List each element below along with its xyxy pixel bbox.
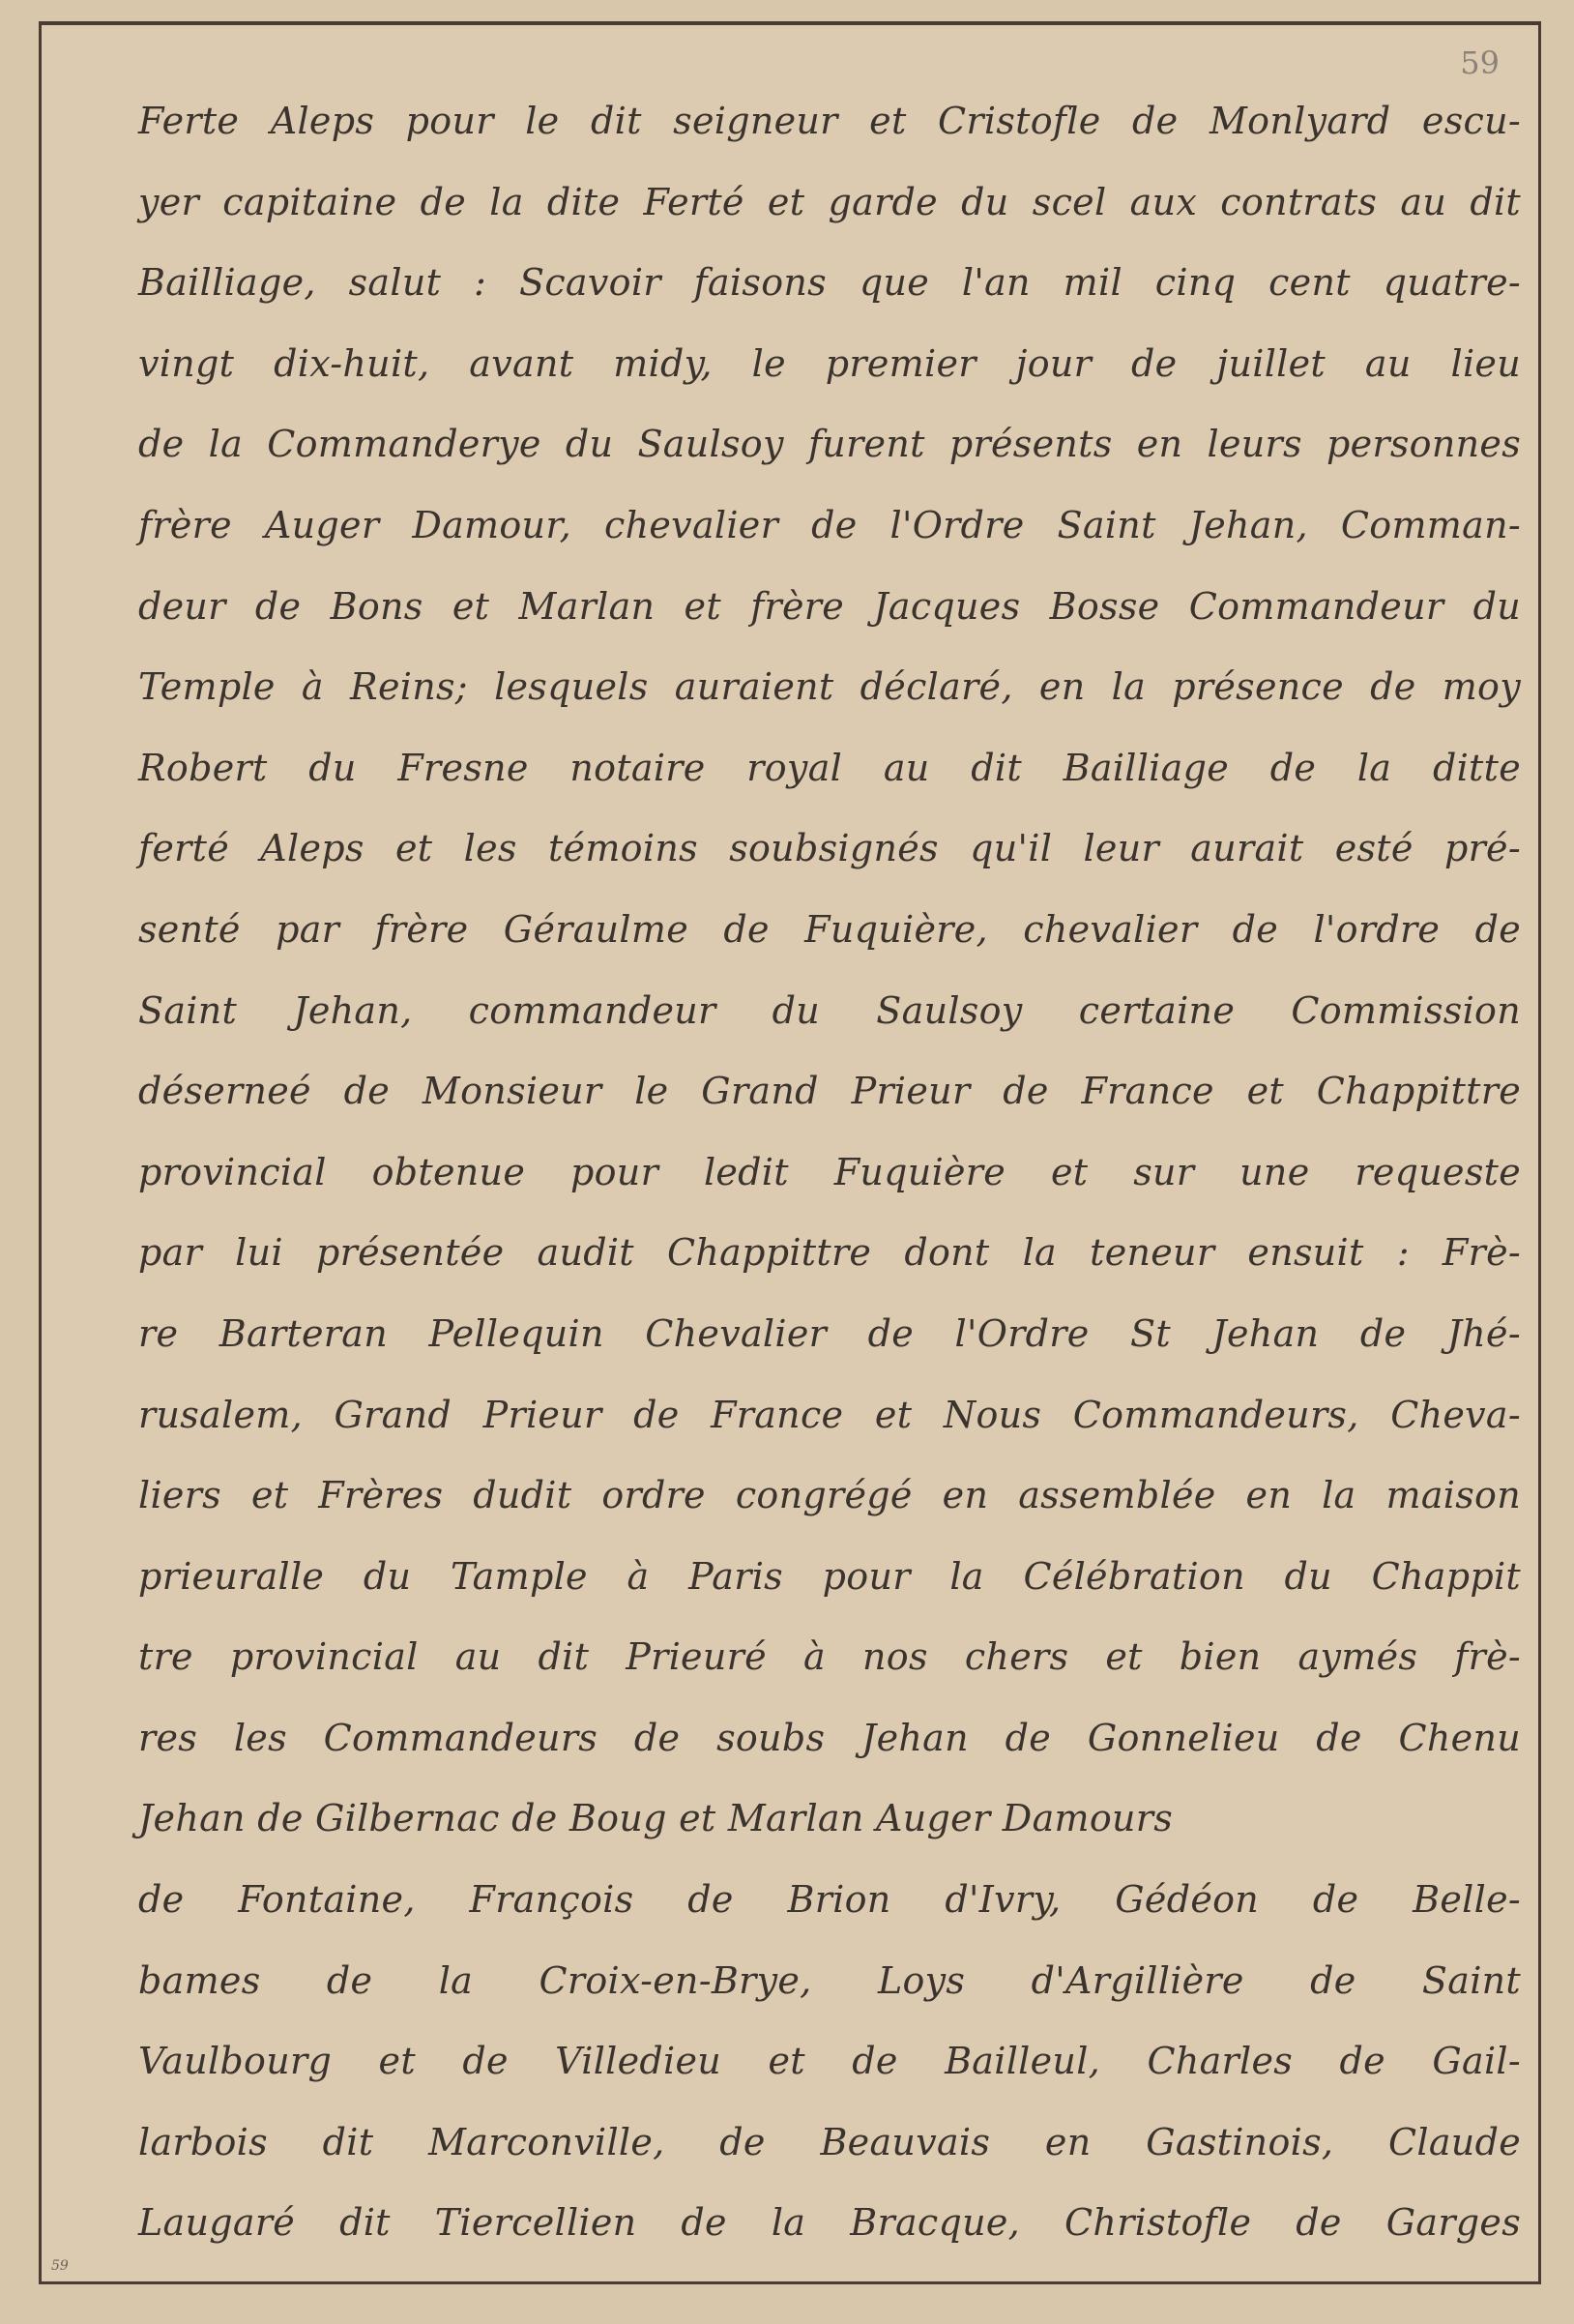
manuscript-line-27: Laugaré dit Tiercellien de la Bracque, C…: [138, 2183, 1521, 2264]
manuscript-line-21: res les Commandeurs de soubs Jehan de Go…: [138, 1698, 1521, 1780]
manuscript-line-19: prieuralle du Tample à Paris pour la Cél…: [138, 1537, 1521, 1618]
page-frame: 59 Ferte Aleps pour le dit seigneur et C…: [39, 21, 1541, 2284]
manuscript-line-9: Robert du Fresne notaire royal au dit Ba…: [138, 728, 1521, 809]
manuscript-line-23: de Fontaine, François de Brion d'Ivry, G…: [138, 1860, 1521, 1941]
manuscript-line-14: provincial obtenue pour ledit Fuquière e…: [138, 1133, 1521, 1214]
manuscript-line-5: de la Commanderye du Saulsoy furent prés…: [138, 404, 1521, 485]
manuscript-line-2: yer capitaine de la dite Ferté et garde …: [138, 162, 1521, 244]
manuscript-line-15: par lui présentée audit Chappittre dont …: [138, 1213, 1521, 1294]
manuscript-line-25: Vaulbourg et de Villedieu et de Bailleul…: [138, 2021, 1521, 2103]
manuscript-line-7: deur de Bons et Marlan et frère Jacques …: [138, 567, 1521, 648]
manuscript-line-1: Ferte Aleps pour le dit seigneur et Cris…: [138, 81, 1521, 162]
manuscript-line-8: Temple à Reins; lesquels auraient déclar…: [138, 647, 1521, 728]
manuscript-line-22: Jehan de Gilbernac de Boug et Marlan Aug…: [138, 1779, 1521, 1860]
manuscript-line-24: bames de la Croix-en-Brye, Loys d'Argill…: [138, 1941, 1521, 2022]
manuscript-line-18: liers et Frères dudit ordre congrégé en …: [138, 1456, 1521, 1537]
manuscript-line-13: déserneé de Monsieur le Grand Prieur de …: [138, 1051, 1521, 1133]
manuscript-line-11: senté par frère Géraulme de Fuquière, ch…: [138, 890, 1521, 971]
manuscript-line-6: frère Auger Damour, chevalier de l'Ordre…: [138, 485, 1521, 567]
manuscript-line-4: vingt dix-huit, avant midy, le premier j…: [138, 324, 1521, 405]
manuscript-line-10: ferté Aleps et les témoins soubsignés qu…: [138, 809, 1521, 890]
manuscript-line-26: larbois dit Marconville, de Beauvais en …: [138, 2103, 1521, 2184]
manuscript-line-16: re Barteran Pellequin Chevalier de l'Ord…: [138, 1294, 1521, 1375]
manuscript-text: Ferte Aleps pour le dit seigneur et Cris…: [138, 81, 1521, 2264]
manuscript-line-20: tre provincial au dit Prieuré à nos cher…: [138, 1617, 1521, 1698]
page-number-top: 59: [1460, 44, 1500, 81]
manuscript-line-3: Bailliage, salut : Scavoir faisons que l…: [138, 243, 1521, 324]
manuscript-line-17: rusalem, Grand Prieur de France et Nous …: [138, 1375, 1521, 1456]
page-number-bottom: 59: [51, 2258, 69, 2274]
manuscript-line-12: Saint Jehan, commandeur du Saulsoy certa…: [138, 971, 1521, 1052]
